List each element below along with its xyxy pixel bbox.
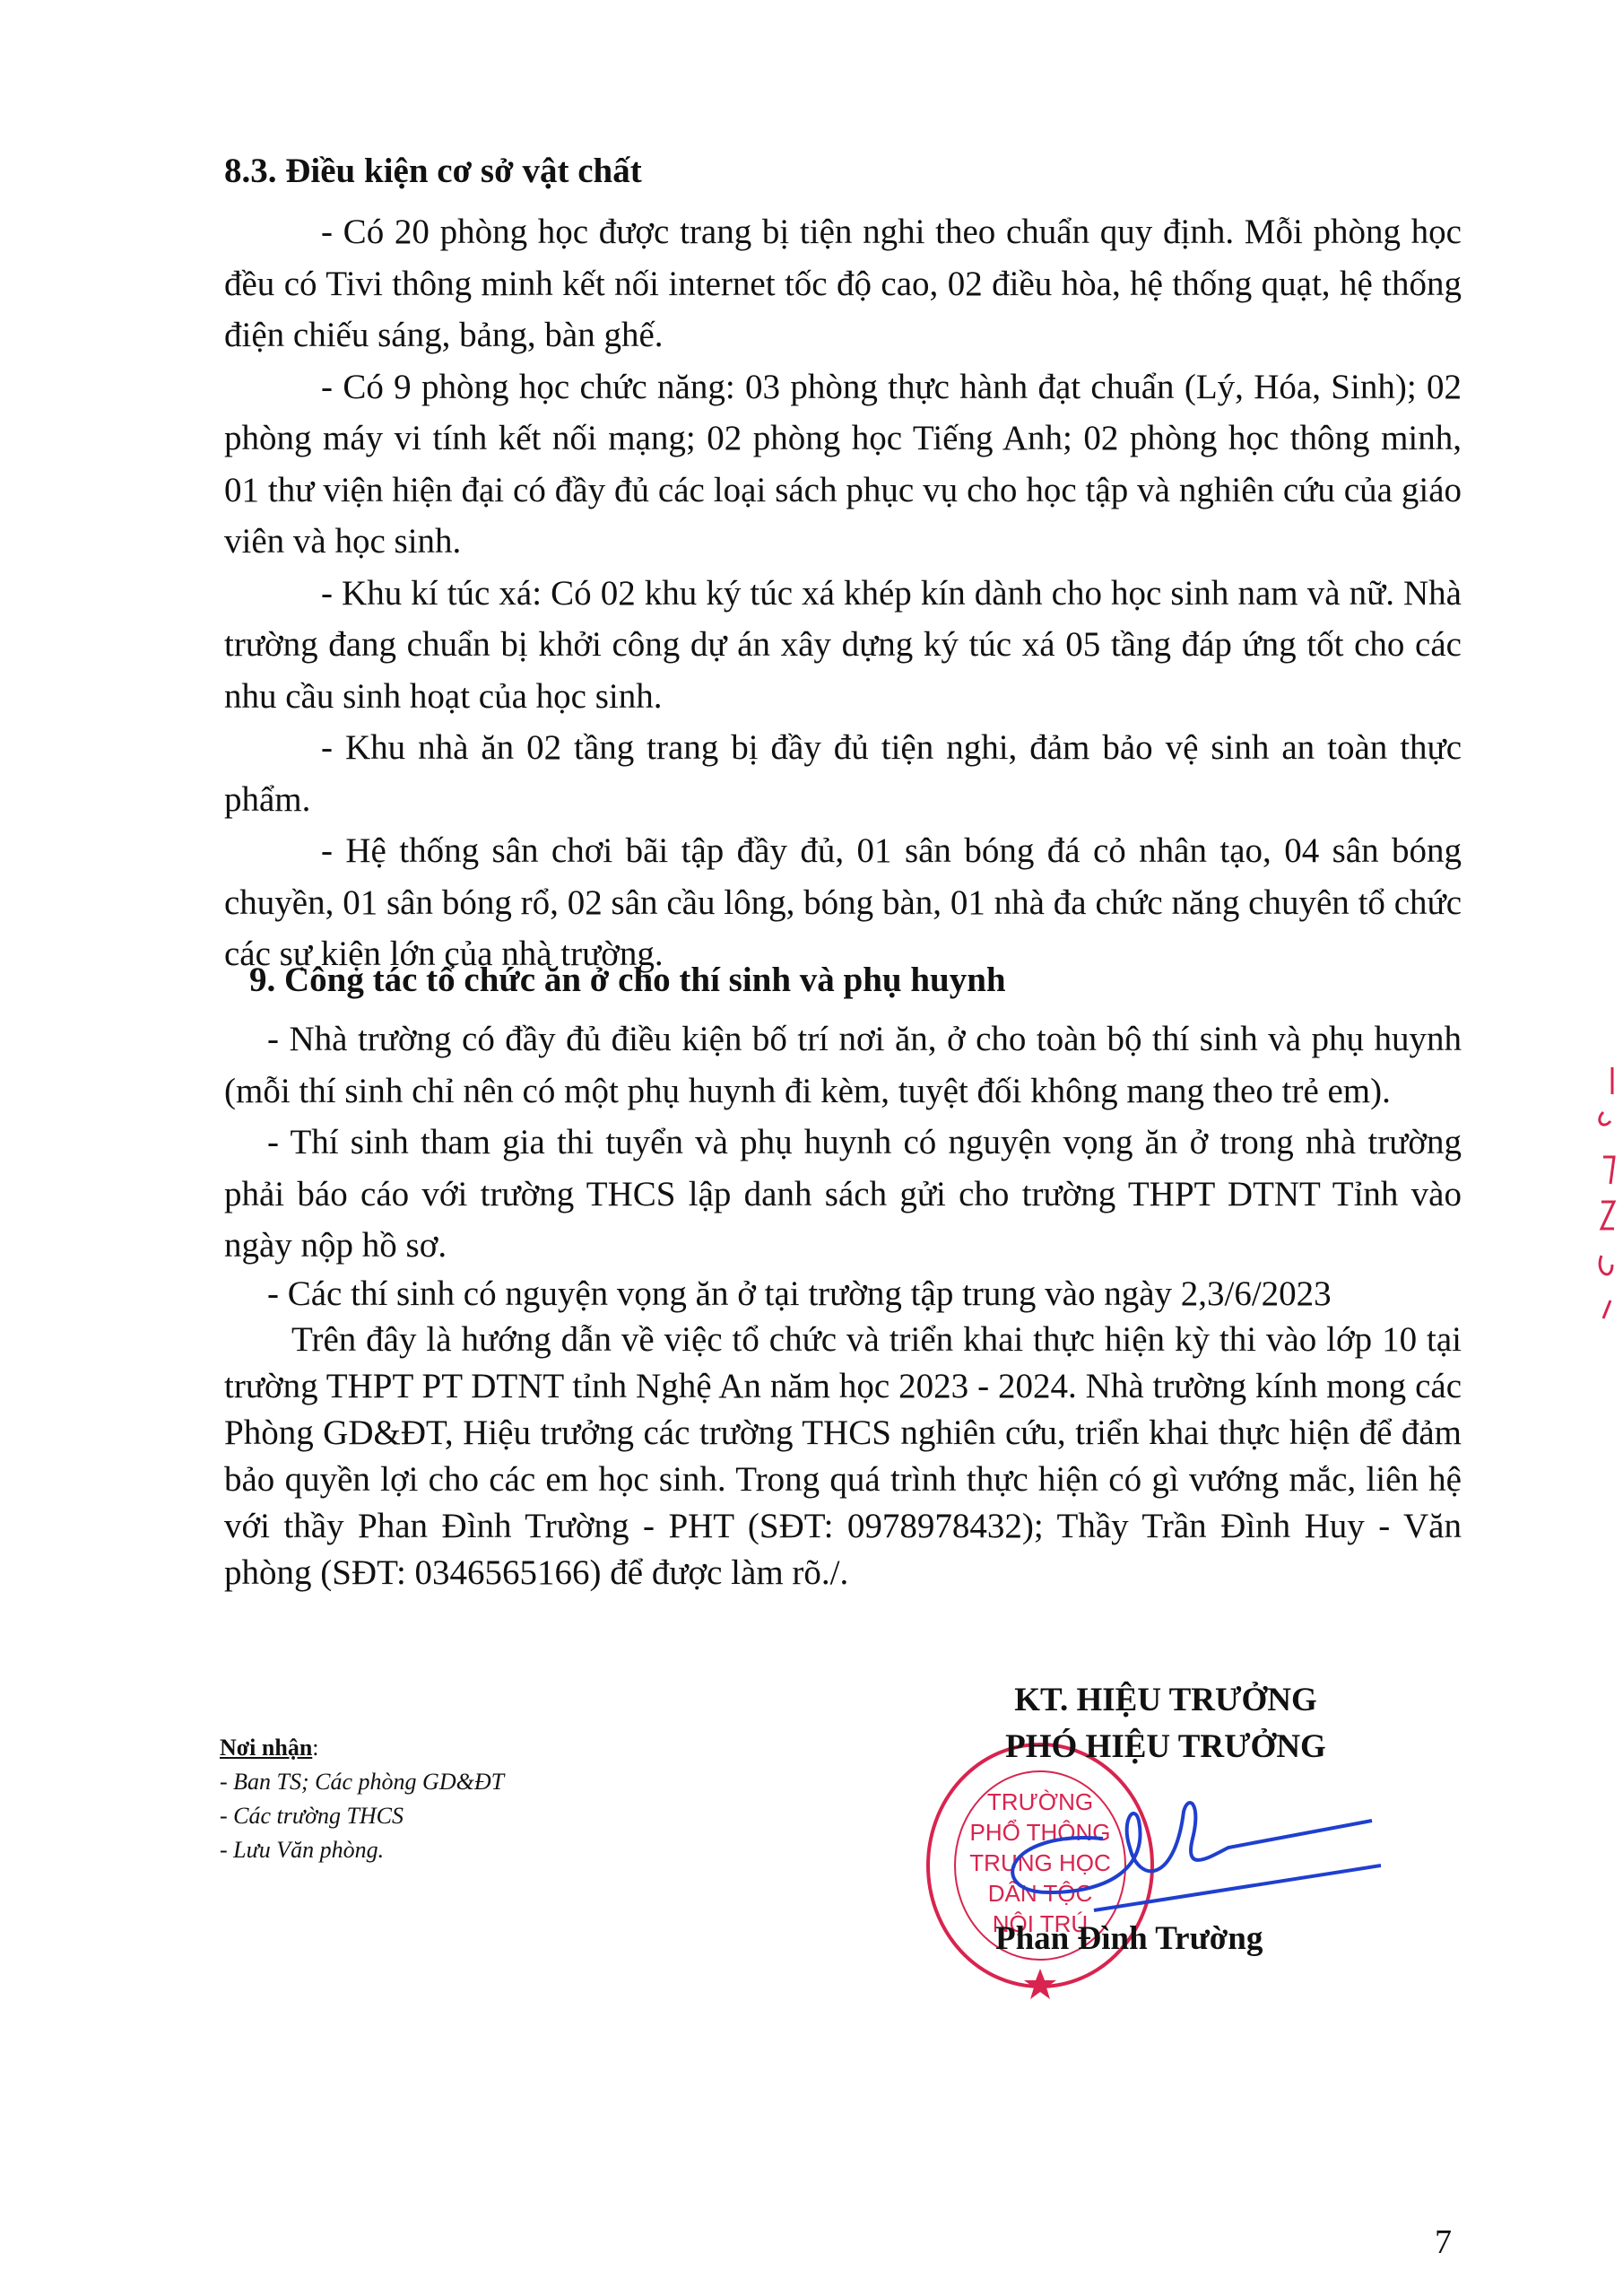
recipient-item: - Ban TS; Các phòng GD&ĐT [220, 1765, 504, 1799]
paragraph: - Nhà trường có đầy đủ điều kiện bố trí … [224, 1013, 1462, 1117]
paragraph: - Khu nhà ăn 02 tầng trang bị đầy đủ tiệ… [224, 722, 1462, 825]
paragraph: - Có 9 phòng học chức năng: 03 phòng thự… [224, 361, 1462, 568]
margin-annotation-icon [1585, 1058, 1621, 1336]
signer-name: Phan Đình Trường [995, 1919, 1263, 1958]
signature-block: KT. HIỆU TRƯỞNG PHÓ HIỆU TRƯỞNG [942, 1677, 1390, 1770]
page-number: 7 [1435, 2222, 1452, 2262]
signature-title-1: KT. HIỆU TRƯỞNG [942, 1677, 1390, 1724]
section-9-body: - Nhà trường có đầy đủ điều kiện bố trí … [224, 1013, 1462, 1596]
paragraph: - Thí sinh tham gia thi tuyển và phụ huy… [224, 1117, 1462, 1272]
document-page: 8.3. Điều kiện cơ sở vật chất - Có 20 ph… [0, 0, 1623, 2296]
closing-paragraph: Trên đây là hướng dẫn về việc tổ chức và… [224, 1317, 1462, 1596]
paragraph: - Khu kí túc xá: Có 02 khu ký túc xá khé… [224, 568, 1462, 723]
recipients-block: Nơi nhận: - Ban TS; Các phòng GD&ĐT - Cá… [220, 1731, 504, 1867]
paragraph: - Hệ thống sân chơi bãi tập đầy đủ, 01 s… [224, 825, 1462, 980]
recipients-label: Nơi nhận [220, 1735, 312, 1761]
signature-title-2: PHÓ HIỆU TRƯỞNG [942, 1724, 1390, 1770]
paragraph: - Có 20 phòng học được trang bị tiện ngh… [224, 206, 1462, 361]
recipient-item: - Lưu Văn phòng. [220, 1833, 504, 1867]
paragraph: - Các thí sinh có nguyện vọng ăn ở tại t… [224, 1272, 1462, 1317]
handwritten-signature-icon [968, 1794, 1381, 1919]
section-9-heading: 9. Công tác tổ chức ăn ở cho thí sinh và… [249, 960, 1006, 1000]
section-8-3-heading: 8.3. Điều kiện cơ sở vật chất [224, 151, 642, 191]
section-8-3-body: - Có 20 phòng học được trang bị tiện ngh… [224, 206, 1462, 980]
recipient-item: - Các trường THCS [220, 1799, 504, 1833]
